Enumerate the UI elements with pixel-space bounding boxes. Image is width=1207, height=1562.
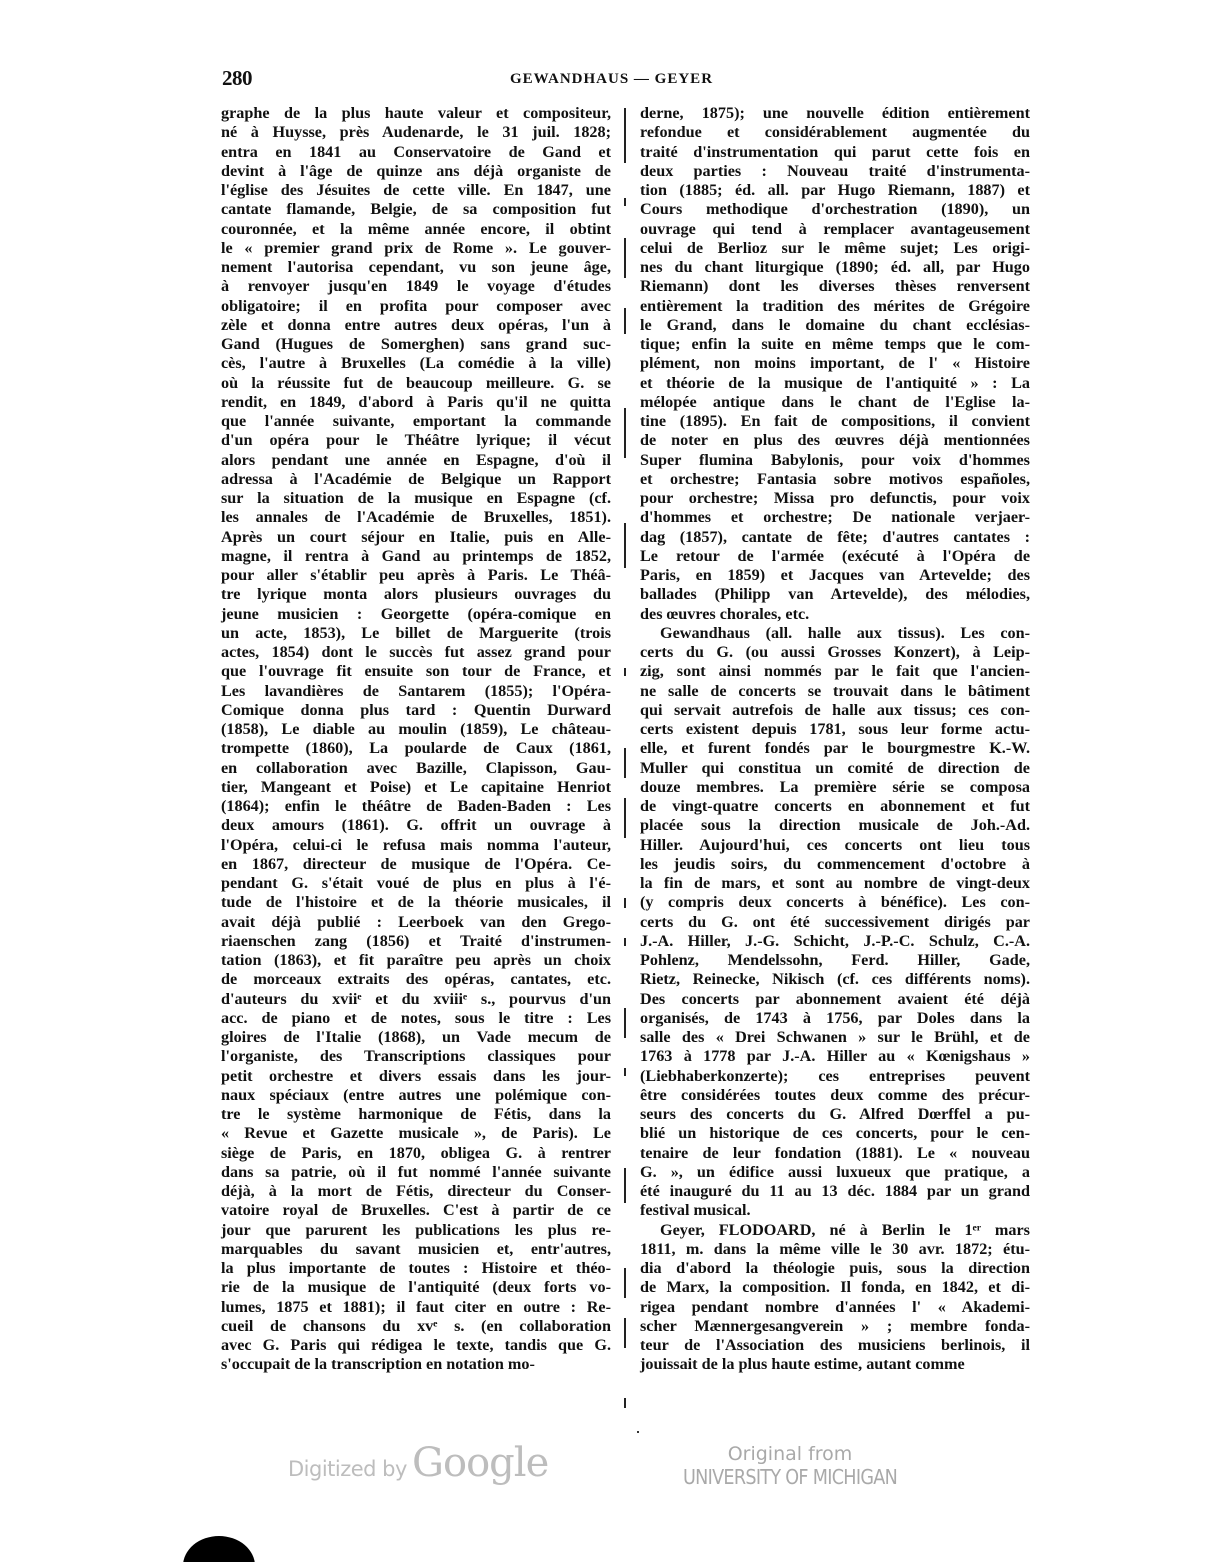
text-line: graphe de la plus haute valeur et compos…: [221, 104, 611, 123]
text-line: tre lyrique monta alors plusieurs ouvrag…: [221, 585, 611, 604]
text-line: G. », un édifice aussi luxueux que prati…: [640, 1163, 1030, 1182]
text-line: rigea pendant nombre d'années l' « Akade…: [640, 1298, 1030, 1317]
text-line: que l'ouvrage fit ensuite son tour de Fr…: [221, 662, 611, 681]
text-line: et théorie de la musique de l'antiquité …: [640, 374, 1030, 393]
text-line: siège de Paris, en 1870, obligea G. à re…: [221, 1144, 611, 1163]
text-line: salle des « Drei Schwanen » sur le Brühl…: [640, 1028, 1030, 1047]
text-line: ballades (Philipp van Artevelde), des mé…: [640, 585, 1030, 604]
text-line: placée sous la direction musicale de Joh…: [640, 816, 1030, 835]
text-line: d'un opéra pour le Théâtre lyrique; il v…: [221, 431, 611, 450]
text-line: organisés, de 1743 à 1756, par Doles dan…: [640, 1009, 1030, 1028]
text-line: certs existent depuis 1781, sous leur fo…: [640, 720, 1030, 739]
institution-name: UNIVERSITY OF MICHIGAN: [676, 1465, 905, 1489]
text-line: avec G. Paris qui rédigea le texte, tand…: [221, 1336, 611, 1355]
text-line: l'église des Jésuites de cette ville. En…: [221, 181, 611, 200]
text-line: trompette (1860), La poularde de Caux (1…: [221, 739, 611, 758]
text-line: Geyer, FLODOARD, né à Berlin le 1ᵉʳ mars: [640, 1221, 1030, 1240]
text-line: douze membres. La première série se comp…: [640, 778, 1030, 797]
text-line: le « premier grand prix de Rome ». Le go…: [221, 239, 611, 258]
scan-speck: [637, 1431, 639, 1433]
text-line: scher Mænnergesangverein » ; membre fond…: [640, 1317, 1030, 1336]
text-line: plément, non moins important, de l' « Hi…: [640, 354, 1030, 373]
page-number: 280: [222, 66, 252, 91]
text-line: né à Huysse, près Audenarde, le 31 juil.…: [221, 123, 611, 142]
text-line: 1763 à 1778 par J.-A. Hiller au « Kœnigs…: [640, 1047, 1030, 1066]
right-column: derne, 1875); une nouvelle édition entiè…: [640, 104, 1030, 1375]
text-line: blié un historique de ces concerts, pour…: [640, 1124, 1030, 1143]
text-line: tier, Mangeant et Poise) et Le capitaine…: [221, 778, 611, 797]
text-line: obligatoire; il en profita pour composer…: [221, 297, 611, 316]
text-line: tion (1885; éd. all. par Hugo Riemann, 1…: [640, 181, 1030, 200]
text-line: deux amours (1861). G. offrit un ouvrage…: [221, 816, 611, 835]
text-line: J.-A. Hiller, J.-G. Schicht, J.-P.-C. Sc…: [640, 932, 1030, 951]
text-line: l'Opéra, celui-ci le refusa mais nomma l…: [221, 836, 611, 855]
column-separator: [624, 108, 626, 1408]
text-line: être considérées toutes deux comme des p…: [640, 1086, 1030, 1105]
text-line: Après un court séjour en Italie, puis en…: [221, 528, 611, 547]
text-line: de noter en plus des œuvres déjà mention…: [640, 431, 1030, 450]
text-line: déjà, à la mort de Fétis, directeur du C…: [221, 1182, 611, 1201]
text-line: un acte, 1853), Le billet de Marguerite …: [221, 624, 611, 643]
text-line: tation (1863), et fit paraître peu après…: [221, 951, 611, 970]
text-line: et orchestre; Fantasia sobre motivos esp…: [640, 470, 1030, 489]
digitized-by-watermark: Digitized by Google: [288, 1440, 548, 1486]
text-line: naux spéciaux (entre autres une polémiqu…: [221, 1086, 611, 1105]
text-line: certs du G. (ou aussi Grosses Konzert), …: [640, 643, 1030, 662]
text-line: Rietz, Reinecke, Nikisch (cf. ces différ…: [640, 970, 1030, 989]
text-line: tenaire de leur fondation (1881). Le « n…: [640, 1144, 1030, 1163]
text-line: Comique donna plus tard : Quentin Durwar…: [221, 701, 611, 720]
text-line: derne, 1875); une nouvelle édition entiè…: [640, 104, 1030, 123]
text-line: pendant G. s'était voué de plus en plus …: [221, 874, 611, 893]
text-line: magne, il rentra à Gand au printemps de …: [221, 547, 611, 566]
text-line: sur la situation de la musique en Espagn…: [221, 489, 611, 508]
google-logo-text: Google: [412, 1440, 548, 1486]
text-line: zèle et donna entre autres deux opéras, …: [221, 316, 611, 335]
text-line: actes, 1854) dont le succès fut assez gr…: [221, 643, 611, 662]
text-line: Paris, en 1859) et Jacques van Artevelde…: [640, 566, 1030, 585]
text-line: de morceaux extraits des opéras, cantate…: [221, 970, 611, 989]
text-line: vatoire royal de Bruxelles. C'est à part…: [221, 1201, 611, 1220]
text-line: Riemann) dont les diverses thèses renver…: [640, 277, 1030, 296]
text-line: teur de l'Association des musiciens berl…: [640, 1336, 1030, 1355]
original-from-label: Original from: [660, 1443, 920, 1465]
text-line: petit orchestre et divers essais dans le…: [221, 1067, 611, 1086]
text-line: ouvrage qui tend à remplacer avantageuse…: [640, 220, 1030, 239]
text-line: le Grand, dans le domaine du chant ecclé…: [640, 316, 1030, 335]
text-line: (y compris deux concerts à bénéfice). Le…: [640, 893, 1030, 912]
text-line: d'hommes et orchestre; De nationale verj…: [640, 508, 1030, 527]
text-line: Hiller. Aujourd'hui, ces concerts ont li…: [640, 836, 1030, 855]
text-line: jour que parurent les publications les p…: [221, 1221, 611, 1240]
text-line: adressa à l'Académie de Belgique un Rapp…: [221, 470, 611, 489]
text-line: les annales de l'Académie de Bruxelles, …: [221, 508, 611, 527]
text-line: Des concerts par abonnement avaient été …: [640, 990, 1030, 1009]
text-line: jouissait de la plus haute estime, autan…: [640, 1355, 1030, 1374]
text-line: avait déjà publié : Leerboek van den Gre…: [221, 913, 611, 932]
text-line: Cours methodique d'orchestration (1890),…: [640, 200, 1030, 219]
text-line: Gand (Hugues de Somerghen) sans grand su…: [221, 335, 611, 354]
text-line: Pohlenz, Mendelssohn, Ferd. Hiller, Gade…: [640, 951, 1030, 970]
text-line: les jeudis soirs, du commencement d'octo…: [640, 855, 1030, 874]
left-column: graphe de la plus haute valeur et compos…: [221, 104, 611, 1375]
text-line: (1864); enfin le théâtre de Baden-Baden …: [221, 797, 611, 816]
text-line: en collaboration avec Bazille, Clapisson…: [221, 759, 611, 778]
text-line: cueil de chansons du xvᵉ s. (en collabor…: [221, 1317, 611, 1336]
text-line: elle, et furent fondés par le bourgmestr…: [640, 739, 1030, 758]
text-line: la plus importante de toutes : Histoire …: [221, 1259, 611, 1278]
text-line: marquables du savant musicien et, entr'a…: [221, 1240, 611, 1259]
text-line: de vingt-quatre concerts en abonnement e…: [640, 797, 1030, 816]
text-line: refondue et considérablement augmentée d…: [640, 123, 1030, 142]
text-line: (Liebhaberkonzerte); ces entreprises peu…: [640, 1067, 1030, 1086]
scan-artifact-thumb: [183, 1536, 255, 1562]
text-line: certs du G. ont été successivement dirig…: [640, 913, 1030, 932]
text-line: la fin de mars, et sont au nombre de vin…: [640, 874, 1030, 893]
digitized-prefix: Digitized by: [288, 1457, 407, 1481]
text-line: été inauguré du 11 au 13 déc. 1884 par u…: [640, 1182, 1030, 1201]
text-line: alors pendant une année en Espagne, d'où…: [221, 451, 611, 470]
text-line: tre le système harmonique de Fétis, dans…: [221, 1105, 611, 1124]
text-line: acc. de piano et de notes, sous le titre…: [221, 1009, 611, 1028]
text-line: celui de Berlioz sur le même sujet; Les …: [640, 239, 1030, 258]
text-line: cantate flamande, Belgie, de sa composit…: [221, 200, 611, 219]
text-line: rendit, en 1849, d'abord à Paris qu'il n…: [221, 393, 611, 412]
text-line: festival musical.: [640, 1201, 1030, 1220]
text-line: qui servait autrefois de halle aux tissu…: [640, 701, 1030, 720]
text-line: l'organiste, des Transcriptions classiqu…: [221, 1047, 611, 1066]
text-line: mélopée antique dans le chant de l'Eglis…: [640, 393, 1030, 412]
text-line: pour aller s'établir peu après à Paris. …: [221, 566, 611, 585]
text-line: en 1867, directeur de musique de l'Opéra…: [221, 855, 611, 874]
text-line: gloires de l'Italie (1868), un Vade mecu…: [221, 1028, 611, 1047]
text-line: cès, l'autre à Bruxelles (La comédie à l…: [221, 354, 611, 373]
text-line: dag (1857), cantate de fête; d'autres ca…: [640, 528, 1030, 547]
text-line: Gewandhaus (all. halle aux tissus). Les …: [640, 624, 1030, 643]
text-line: s'occupait de la transcription en notati…: [221, 1355, 611, 1374]
text-line: traité d'instrumentation qui parut cette…: [640, 143, 1030, 162]
text-line: nement l'autorisa cependant, vu son jeun…: [221, 258, 611, 277]
text-line: couronnée, et la même année encore, il o…: [221, 220, 611, 239]
text-line: tine (1895). En fait de compositions, il…: [640, 412, 1030, 431]
text-line: Super flumina Babylonis, pour voix d'hom…: [640, 451, 1030, 470]
text-line: « Revue et Gazette musicale », de Paris)…: [221, 1124, 611, 1143]
text-line: à renvoyer jusqu'en 1849 le voyage d'étu…: [221, 277, 611, 296]
text-line: ne salle de concerts se trouvait dans le…: [640, 682, 1030, 701]
text-line: tude de l'histoire et de la théorie musi…: [221, 893, 611, 912]
text-line: 1811, m. dans la même ville le 30 avr. 1…: [640, 1240, 1030, 1259]
text-line: Le retour de l'armée (exécuté à l'Opéra …: [640, 547, 1030, 566]
original-from-watermark: Original from UNIVERSITY OF MICHIGAN: [660, 1443, 920, 1489]
text-line: d'auteurs du xviiᵉ et du xviiiᵉ s., pour…: [221, 990, 611, 1009]
text-line: entra en 1841 au Conservatoire de Gand e…: [221, 143, 611, 162]
text-line: rie de la musique de l'antiquité (deux f…: [221, 1278, 611, 1297]
text-line: pour orchestre; Missa pro defunctis, pou…: [640, 489, 1030, 508]
text-line: de Marx, la composition. Il fonda, en 18…: [640, 1278, 1030, 1297]
text-line: entièrement la tradition des mérites de …: [640, 297, 1030, 316]
text-line: où la réussite fut de beaucoup meilleure…: [221, 374, 611, 393]
text-line: Les lavandières de Santarem (1855); l'Op…: [221, 682, 611, 701]
text-line: dans sa patrie, où il fut nommé l'année …: [221, 1163, 611, 1182]
running-head: GEWANDHAUS — GEYER: [510, 71, 713, 88]
text-line: que l'année suivante, emportant la comma…: [221, 412, 611, 431]
text-line: deux parties : Nouveau traité d'instrume…: [640, 162, 1030, 181]
text-line: jeune musicien : Georgette (opéra-comiqu…: [221, 605, 611, 624]
text-line: (1858), Le diable au moulin (1859), Le c…: [221, 720, 611, 739]
text-line: dia d'abord la théologie puis, sous la d…: [640, 1259, 1030, 1278]
text-line: nes du chant liturgique (1890; éd. all, …: [640, 258, 1030, 277]
text-line: riaenschen zang (1856) et Traité d'instr…: [221, 932, 611, 951]
text-line: tique; enfin la suite en même temps que …: [640, 335, 1030, 354]
text-line: Muller qui constitua un comité de direct…: [640, 759, 1030, 778]
text-line: des œuvres chorales, etc.: [640, 605, 1030, 624]
text-line: seurs des concerts du G. Alfred Dœrffel …: [640, 1105, 1030, 1124]
text-line: devint à l'âge de quinze ans déjà organi…: [221, 162, 611, 181]
text-line: zig, sont ainsi nommés par le fait que l…: [640, 662, 1030, 681]
text-line: lumes, 1875 et 1881); il faut citer en o…: [221, 1298, 611, 1317]
